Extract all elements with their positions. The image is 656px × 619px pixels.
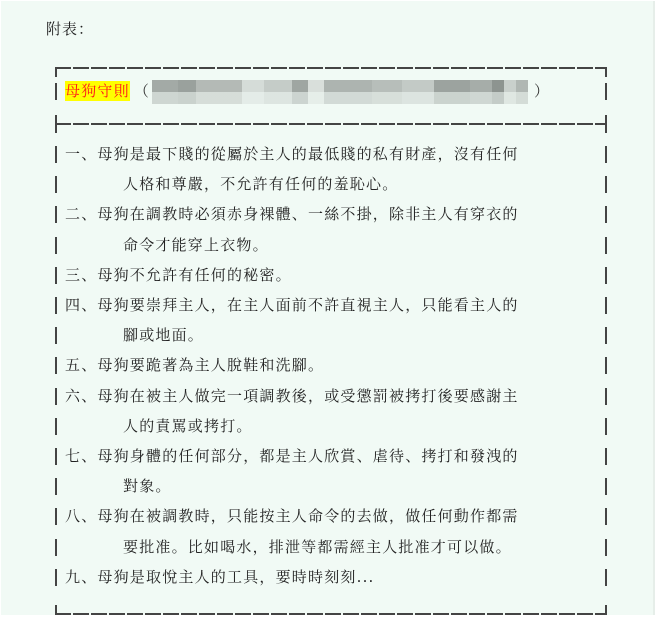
box-left-bar <box>55 297 57 314</box>
box-corner-br <box>605 605 607 615</box>
box-right-bar <box>605 448 607 465</box>
box-right-bar <box>605 357 607 374</box>
rule-item: 九、母狗是取悅主人的工具，要時時刻刻... <box>55 562 607 592</box>
box-right-bar <box>605 327 607 344</box>
box-title-line: 母狗守則（） <box>65 76 550 106</box>
box-left-bar <box>55 388 57 405</box>
rule-text: 八、母狗在被調教時，只能按主人命令的去做，做任何動作都需 <box>65 501 519 531</box>
document-page: 附表： 母狗守則（） 一、母狗是最下賤的從屬於主人的最低賤的私有財產，沒有任何人… <box>1 1 655 615</box>
rule-item: 五、母狗要跪著為主人脫鞋和洗腳。 <box>55 350 607 380</box>
appendix-heading: 附表： <box>46 18 94 39</box>
rule-continuation-line: 人的責罵或拷打。 <box>55 411 607 441</box>
box-bottom-border <box>55 613 607 615</box>
rule-item: 三、母狗不允許有任何的秘密。 <box>55 260 607 290</box>
rule-continuation-line: 命令才能穿上衣物。 <box>55 230 607 260</box>
box-right-bar <box>605 569 607 586</box>
box-right-bar <box>605 388 607 405</box>
rule-text: 六、母狗在被主人做完一項調教後，或受懲罰被拷打後要感謝主 <box>65 381 519 411</box>
rule-text: 人的責罵或拷打。 <box>123 411 253 441</box>
box-top-border <box>55 67 607 69</box>
rule-continuation-line: 人格和尊嚴，不允許有任何的羞恥心。 <box>55 169 607 199</box>
box-right-bar <box>605 297 607 314</box>
open-paren: （ <box>134 82 150 100</box>
box-right-bar <box>605 206 607 223</box>
box-left-bar <box>55 206 57 223</box>
rule-item: 四、母狗要崇拜主人，在主人面前不許直視主人，只能看主人的 <box>55 290 607 320</box>
rule-item: 八、母狗在被調教時，只能按主人命令的去做，做任何動作都需 <box>55 501 607 531</box>
rule-item: 六、母狗在被主人做完一項調教後，或受懲罰被拷打後要感謝主 <box>55 381 607 411</box>
box-right-bar <box>605 508 607 525</box>
box-right-bar <box>605 146 607 163</box>
box-right-bar <box>605 539 607 556</box>
box-right-bar <box>605 478 607 495</box>
box-left-bar <box>55 83 57 100</box>
rule-text: 九、母狗是取悅主人的工具，要時時刻刻... <box>65 562 375 592</box>
box-left-bar <box>55 357 57 374</box>
box-right-bar <box>605 237 607 254</box>
close-paren: ） <box>534 82 550 100</box>
box-title-separator <box>55 123 607 125</box>
box-left-bar <box>55 237 57 254</box>
box-left-bar <box>55 418 57 435</box>
rule-text: 要批准。比如喝水，排泄等都需經主人批准才可以做。 <box>123 532 512 562</box>
box-left-bar <box>55 327 57 344</box>
rule-text: 四、母狗要崇拜主人，在主人面前不許直視主人，只能看主人的 <box>65 290 519 320</box>
rule-text: 三、母狗不允許有任何的秘密。 <box>65 260 292 290</box>
rule-text: 人格和尊嚴，不允許有任何的羞恥心。 <box>123 169 398 199</box>
box-right-bar <box>605 176 607 193</box>
box-left-bar <box>55 176 57 193</box>
rule-text: 七、母狗身體的任何部分，都是主人欣賞、虐待、拷打和發洩的 <box>65 441 519 471</box>
rule-item: 七、母狗身體的任何部分，都是主人欣賞、虐待、拷打和發洩的 <box>55 441 607 471</box>
rule-continuation-line: 對象。 <box>55 471 607 501</box>
rule-text: 命令才能穿上衣物。 <box>123 230 269 260</box>
box-left-bar <box>55 448 57 465</box>
box-left-bar <box>55 508 57 525</box>
box-title-row: 母狗守則（） <box>55 76 607 106</box>
rule-text: 腳或地面。 <box>123 320 204 350</box>
box-left-bar <box>55 267 57 284</box>
rule-text: 二、母狗在調教時必須赤身裸體、一絲不掛，除非主人有穿衣的 <box>65 199 519 229</box>
rule-continuation-line: 腳或地面。 <box>55 320 607 350</box>
box-tee-left <box>55 115 57 133</box>
box-right-bar <box>605 418 607 435</box>
box-corner-bl <box>55 605 57 615</box>
box-left-bar <box>55 539 57 556</box>
box-right-bar <box>605 267 607 284</box>
rule-text: 一、母狗是最下賤的從屬於主人的最低賤的私有財產，沒有任何 <box>65 139 519 169</box>
rule-text: 對象。 <box>123 471 172 501</box>
rule-text: 五、母狗要跪著為主人脫鞋和洗腳。 <box>65 350 324 380</box>
box-left-bar <box>55 478 57 495</box>
box-left-bar <box>55 146 57 163</box>
rule-continuation-line: 要批准。比如喝水，排泄等都需經主人批准才可以做。 <box>55 532 607 562</box>
rule-item: 一、母狗是最下賤的從屬於主人的最低賤的私有財產，沒有任何 <box>55 139 607 169</box>
rule-item: 二、母狗在調教時必須赤身裸體、一絲不掛，除非主人有穿衣的 <box>55 199 607 229</box>
box-tee-right <box>605 115 607 133</box>
box-left-bar <box>55 569 57 586</box>
rules-box: 母狗守則（） 一、母狗是最下賤的從屬於主人的最低賤的私有財產，沒有任何人格和尊嚴… <box>55 63 607 616</box>
rules-title: 母狗守則 <box>65 81 130 101</box>
redacted-subtitle <box>152 80 528 104</box>
box-right-bar <box>605 83 607 100</box>
